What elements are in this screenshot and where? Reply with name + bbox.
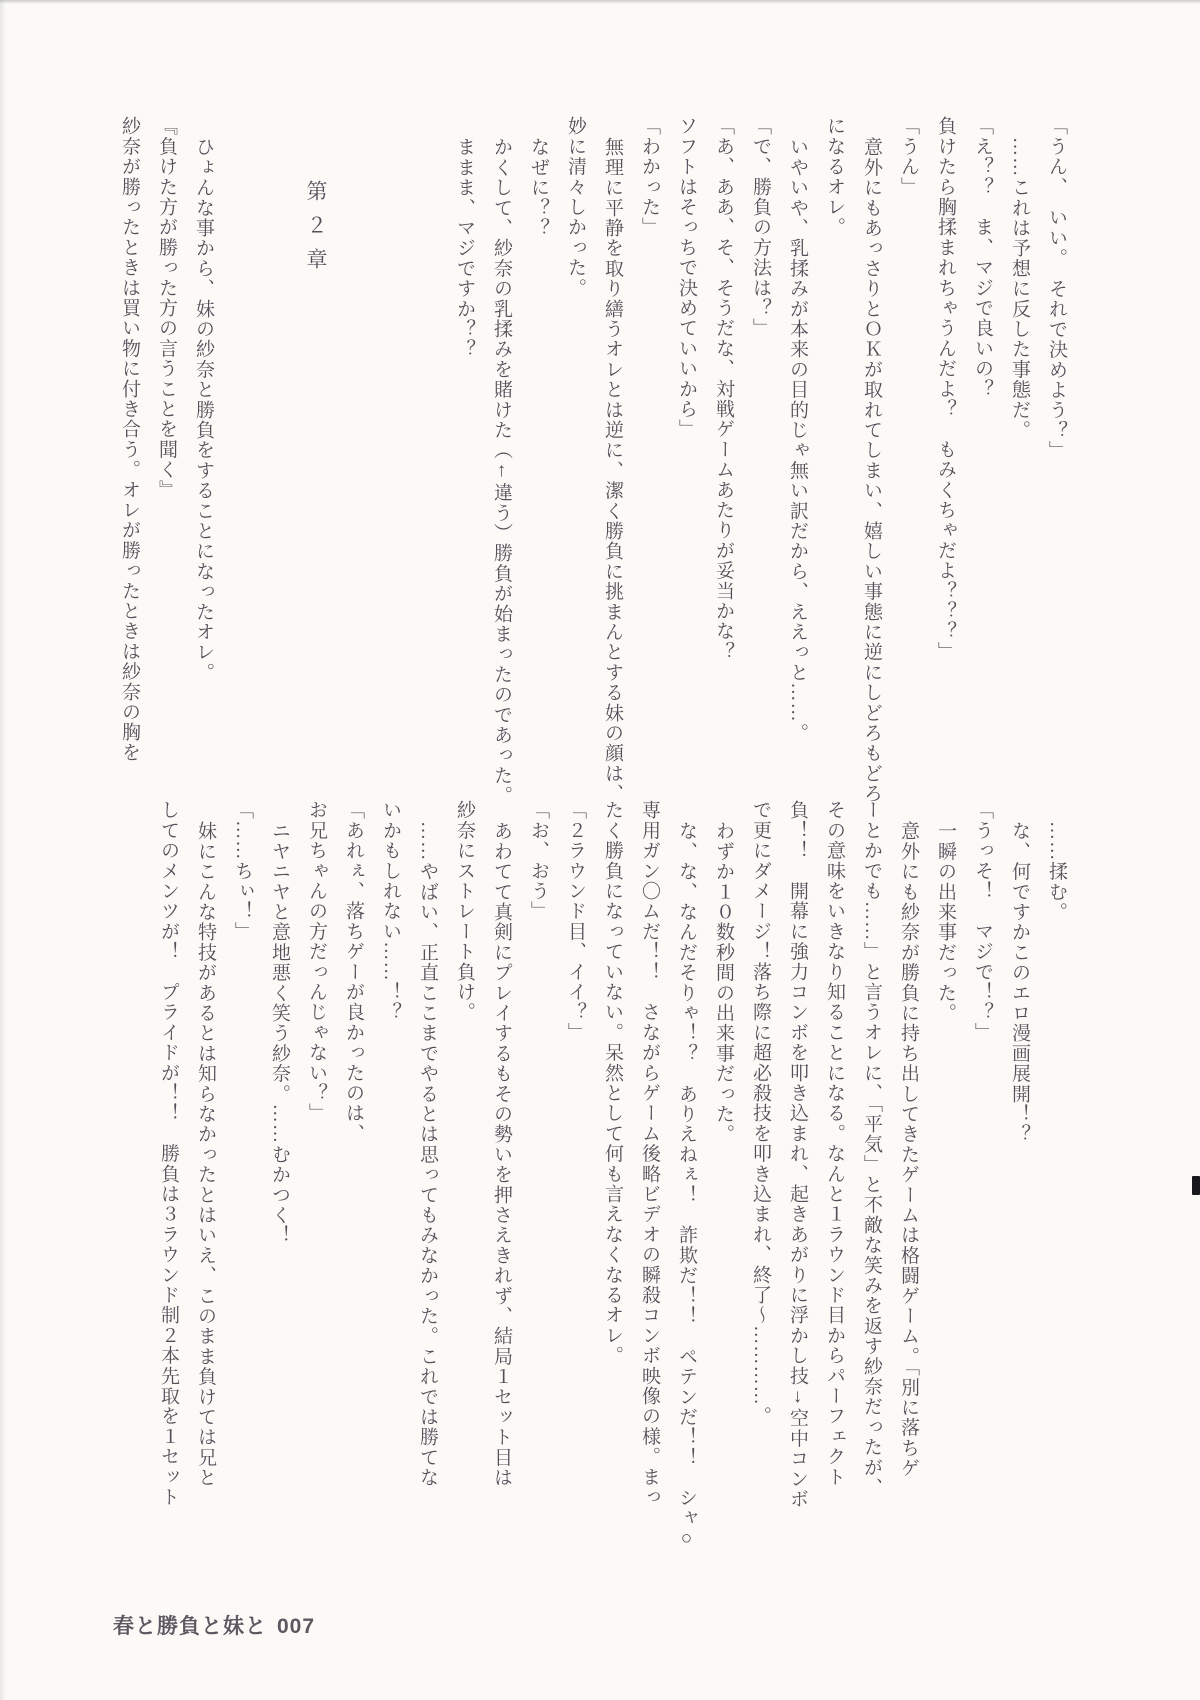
vertical-text-column: になるオレ。 (825, 116, 844, 822)
blank-column (381, 116, 400, 822)
vertical-text-column: 負！！ 開幕に強力コンボを叩き込まれ、起きあがりに浮かし技↓空中コンボ (788, 800, 807, 1572)
vertical-text-column: 意外にもあっさりとＯＫが取れてしまい、嬉しい事態に逆にしどろもどろ (862, 116, 881, 822)
vertical-text-column: な、何ですかこのエロ漫画展開！？ (1010, 800, 1029, 1572)
book-title: 春と勝負と妹と (113, 1615, 267, 1638)
vertical-text-column: わずか１０数秒間の出来事だった。 (714, 800, 733, 1572)
scan-edge-shadow-top (0, 0, 1200, 4)
vertical-text-column: 「２ラウンド目、イイ？」 (566, 800, 585, 1572)
vertical-text-column: いやいや、乳揉みが本来の目的じゃ無い訳だから、ええっと……。 (788, 116, 807, 822)
scanned-novel-page: 「うん、 いい。 それで決めよう？」……これは予想に反した事態だ。「え？？ ま、… (0, 0, 1200, 1700)
vertical-text-column: 「あ、ああ、そ、そうだな、対戦ゲームあたりが妥当かな？ (714, 116, 733, 822)
vertical-text-column: いかもしれない……！？ (381, 800, 400, 1572)
vertical-text-column: ニヤニヤと意地悪く笑う紗奈。……むかつく！ (270, 800, 289, 1572)
chapter-heading: 第２章 (305, 116, 326, 822)
vertical-text-column: 紗奈にストレート負け。 (455, 800, 474, 1572)
scan-edge-shadow-left (0, 0, 6, 1700)
scan-artifact (1192, 1176, 1200, 1195)
vertical-text-column: あわてて真剣にプレイするもその勢いを押さえきれず、結局１セット目は (492, 800, 511, 1572)
vertical-text-column: 「……ちぃ！」 (233, 800, 252, 1572)
blank-column (344, 116, 363, 822)
vertical-text-column: 「あれぇ、落ちゲーが良かったのは、 (344, 800, 363, 1572)
blank-column (231, 116, 250, 822)
vertical-text-column: 「うん」 (899, 116, 918, 822)
vertical-text-column: ……揉む。 (1047, 800, 1066, 1572)
vertical-text-column: かくして、紗奈の乳揉みを賭けた（↑違う）勝負が始まったのであった。 (492, 116, 511, 822)
vertical-text-column: 「うっそ！ マジで！？」 (973, 800, 992, 1572)
vertical-text-column: ーとかでも……」と言うオレに、「平気」と不敵な笑みを返す紗奈だったが、 (862, 800, 881, 1572)
bottom-text-block: ……揉む。な、何ですかこのエロ漫画展開！？「うっそ！ マジで！？」一瞬の出来事だ… (141, 800, 1066, 1572)
blank-column (268, 116, 287, 822)
vertical-text-column: 妹にこんな特技があるとは知らなかったとはいえ、このまま負けては兄と (196, 800, 215, 1572)
vertical-text-column: 負けたら胸揉まれちゃうんだよ？ もみくちゃだよ？？？」 (936, 116, 955, 822)
vertical-text-column: ……やばい、正直ここまでやるとは思ってもみなかった。これでは勝てな (418, 800, 437, 1572)
vertical-text-column: で更にダメージ！落ち際に超必殺技を叩き込まれ、終了～…………。 (751, 800, 770, 1572)
vertical-text-column: 「お、おう」 (529, 800, 548, 1572)
vertical-text-column: ままま、マジですか？？ (455, 116, 474, 822)
vertical-text-column: な、な、なんだそりゃ！？ ありえねぇ！ 詐欺だ！！ ペテンだ！！ シャ○ (677, 800, 696, 1572)
vertical-text-column: 一瞬の出来事だった。 (936, 800, 955, 1572)
vertical-text-column: してのメンツが！ プライドが！！ 勝負は３ラウンド制２本先取を１セット (159, 800, 178, 1572)
vertical-text-column: 意外にも紗奈が勝負に持ち出してきたゲームは格闘ゲーム。「別に落ちゲ (899, 800, 918, 1572)
arrow-down-glyph: ↓ (787, 1386, 808, 1408)
vertical-text-column: 『負けた方が勝った方の言うことを聞く』 (157, 116, 176, 822)
vertical-text-column: ひょんな事から、妹の紗奈と勝負をすることになったオレ。 (194, 116, 213, 822)
vertical-text-column: 専用ガン〇ムだ！！ さながらゲーム後略ビデオの瞬殺コンボ映像の様。まっ (640, 800, 659, 1572)
vertical-text-column: なぜに？？ (529, 116, 548, 822)
vertical-text-column: 妙に清々しかった。 (566, 116, 585, 822)
blank-column (418, 116, 437, 822)
vertical-text-column: たく勝負になっていない。呆然として何も言えなくなるオレ。 (603, 800, 622, 1572)
vertical-text-column: 無理に平静を取り繕うオレとは逆に、潔く勝負に挑まんとする妹の顔は、 (603, 116, 622, 822)
vertical-text-column: 「え？？ ま、マジで良いの？ (973, 116, 992, 822)
vertical-text-column: お兄ちゃんの方だっんじゃない？」 (307, 800, 326, 1572)
vertical-text-column: 「で、勝負の方法は？」 (751, 116, 770, 822)
vertical-text-column: その意味をいきなり知ることになる。なんと１ラウンド目からパーフェクト (825, 800, 844, 1572)
top-text-block: 「うん、 いい。 それで決めよう？」……これは予想に反した事態だ。「え？？ ま、… (102, 116, 1066, 822)
vertical-text-column: ソフトはそっちで決めていいから」 (677, 116, 696, 822)
vertical-text-column: ……これは予想に反した事態だ。 (1010, 116, 1029, 822)
vertical-text-column: 「わかった」 (640, 116, 659, 822)
arrow-up-glyph: ↑ (491, 460, 512, 482)
vertical-text-column: 紗奈が勝ったときは買い物に付き合う。オレが勝ったときは紗奈の胸を (120, 116, 139, 822)
vertical-text-column: 「うん、 いい。 それで決めよう？」 (1047, 116, 1066, 822)
page-number: 007 (277, 1615, 315, 1638)
page-footer: 春と勝負と妹と007 (113, 1610, 315, 1640)
